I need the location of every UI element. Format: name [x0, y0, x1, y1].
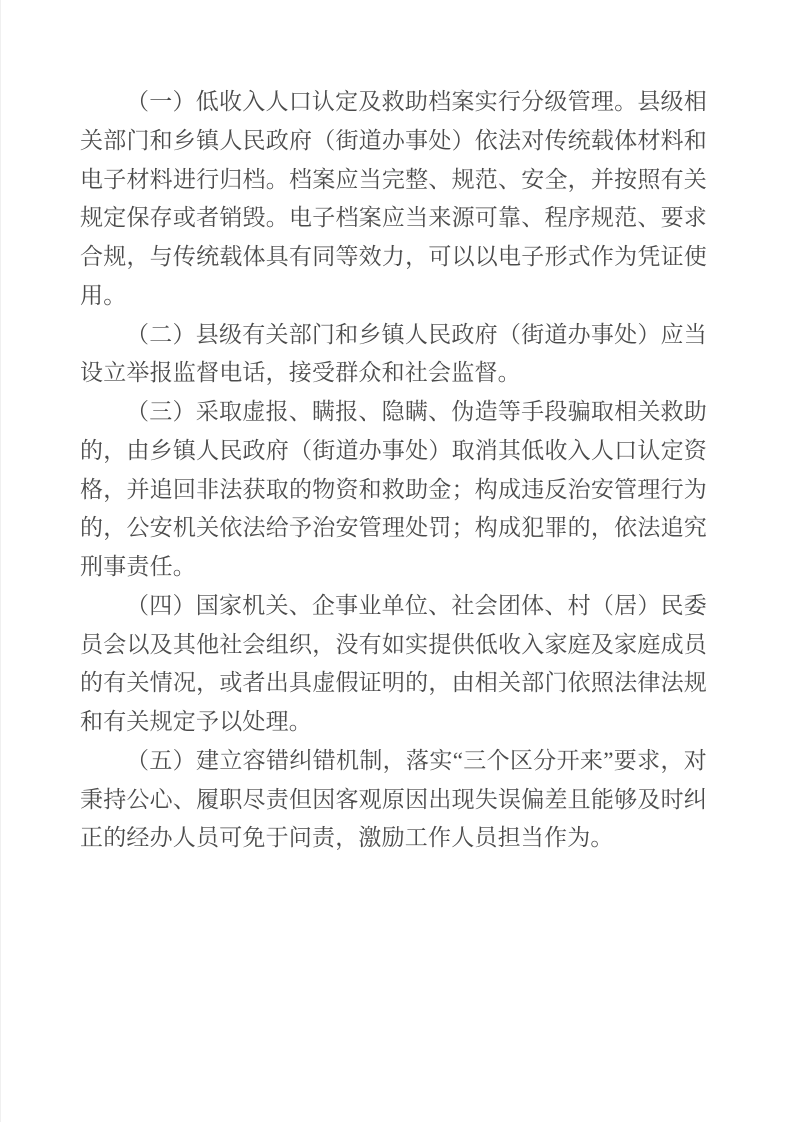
document-text-block: （一）低收入人口认定及救助档案实行分级管理。县级相关部门和乡镇人民政府（街道办事… [80, 83, 707, 858]
paragraph-item-2: （二）县级有关部门和乡镇人民政府（街道办事处）应当设立举报监督电话，接受群众和社… [80, 316, 707, 394]
paragraph-item-1: （一）低收入人口认定及救助档案实行分级管理。县级相关部门和乡镇人民政府（街道办事… [80, 83, 707, 316]
paragraph-item-5: （五）建立容错纠错机制，落实“三个区分开来”要求，对秉持公心、履职尽责但因客观原… [80, 742, 707, 858]
document-page: （一）低收入人口认定及救助档案实行分级管理。县级相关部门和乡镇人民政府（街道办事… [0, 0, 793, 1122]
paragraph-item-3: （三）采取虚报、瞒报、隐瞒、伪造等手段骗取相关救助的，由乡镇人民政府（街道办事处… [80, 393, 707, 587]
paragraph-item-4: （四）国家机关、企事业单位、社会团体、村（居）民委员会以及其他社会组织，没有如实… [80, 587, 707, 742]
